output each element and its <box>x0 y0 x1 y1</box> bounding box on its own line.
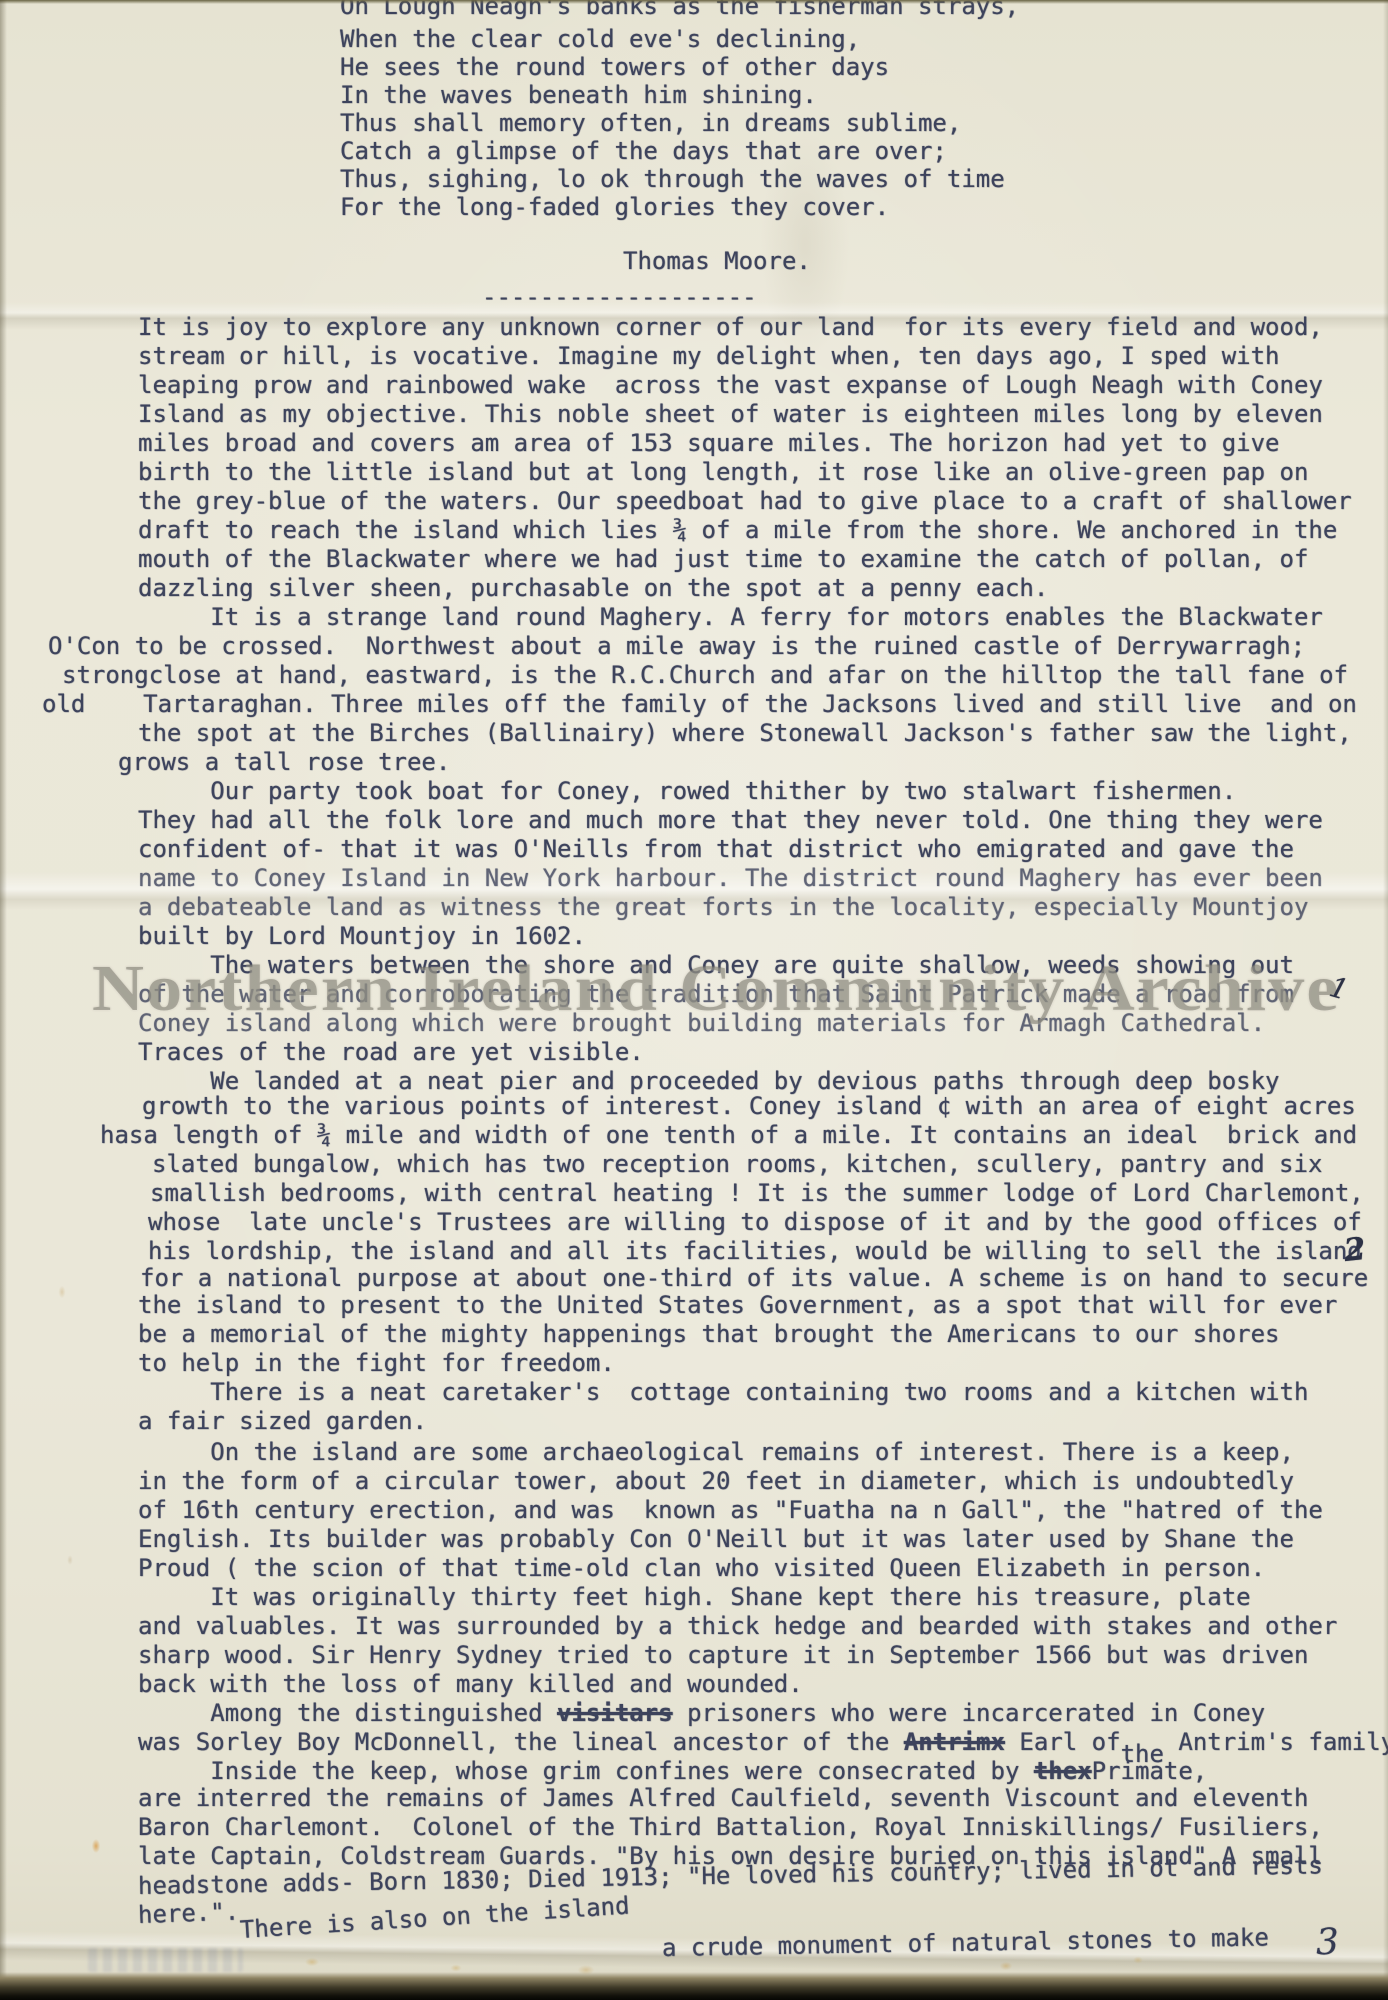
page-number: 3 <box>1315 1922 1339 1964</box>
text-line: built by Lord Mountjoy in 1602. <box>138 922 586 950</box>
struck-out-word: thex <box>1034 1757 1092 1785</box>
text-line: miles broad and covers am area of 153 sq… <box>138 429 1280 457</box>
faint-stamp <box>88 1948 243 1972</box>
text-line: leaping prow and rainbowed wake across t… <box>138 371 1323 399</box>
text-line: in the form of a circular tower, about 2… <box>138 1467 1294 1495</box>
text-line: the grey-blue of the waters. Our speedbo… <box>138 487 1352 515</box>
text-line: It is a strange land round Maghery. A fe… <box>138 603 1323 631</box>
text-line: Inside the keep, whose grim confines wer… <box>138 1757 1207 1785</box>
text-line: here.". <box>138 1897 240 1929</box>
text-line: Baron Charlemont. Colonel of the Third B… <box>138 1813 1323 1841</box>
text-line: a crude monument of natural stones to ma… <box>662 1923 1269 1962</box>
text-line: There is a neat caretaker's cottage cont… <box>138 1378 1308 1406</box>
text-line: Traces of the road are yet visible. <box>138 1038 644 1066</box>
text-line: old Tartaraghan. Three miles off the fam… <box>42 690 1357 718</box>
text-line: For the long-faded glories they cover. <box>340 193 889 221</box>
text-line: smallish bedrooms, with central heating … <box>150 1179 1364 1207</box>
paper-edge-bottom <box>0 1972 1388 2000</box>
text-line: When the clear cold eve's declining, <box>340 25 860 53</box>
text-line: a fair sized garden. <box>138 1407 427 1435</box>
text-line: Island as my objective. This noble sheet… <box>138 400 1323 428</box>
text-line: Our party took boat for Coney, rowed thi… <box>138 777 1236 805</box>
text-line: draft to reach the island which lies ¾ o… <box>138 516 1337 544</box>
text-line: stream or hill, is vocative. Imagine my … <box>138 342 1280 370</box>
text-line: hasa length of ¾ mile and width of one t… <box>100 1121 1357 1149</box>
text-line: It is joy to explore any unknown corner … <box>138 313 1323 341</box>
text-line: dazzling silver sheen, purchasable on th… <box>138 574 1048 602</box>
text-line: Catch a glimpse of the days that are ove… <box>340 137 947 165</box>
text-line: growth to the various points of interest… <box>142 1092 1356 1120</box>
text-line: We landed at a neat pier and proceeded b… <box>138 1067 1280 1095</box>
text-line: English. Its builder was probably Con O'… <box>138 1525 1294 1553</box>
text-line: the island to present to the United Stat… <box>138 1291 1337 1319</box>
struck-out-word: visitars <box>557 1699 673 1727</box>
text-line: the spot at the Birches (Ballinairy) whe… <box>138 719 1352 747</box>
text-line: are interred the remains of James Alfred… <box>138 1784 1308 1812</box>
text-line: whose late uncle's Trustees are willing … <box>148 1208 1362 1236</box>
text-line: O'Con to be crossed. Northwest about a m… <box>48 632 1305 660</box>
text-line: On the island are some archaeological re… <box>138 1438 1294 1466</box>
text-line: a debateable land as witness the great f… <box>138 893 1308 921</box>
text-line: to help in the fight for freedom. <box>138 1349 615 1377</box>
text-line: He sees the round towers of other days <box>340 53 889 81</box>
text-line: In the waves beneath him shining. <box>340 81 817 109</box>
text-line: It was originally thirty feet high. Shan… <box>138 1583 1251 1611</box>
text-line: Thus, sighing, lo ok through the waves o… <box>340 165 1005 193</box>
text-line: Thus shall memory often, in dreams subli… <box>340 109 961 137</box>
text-line: his lordship, the island and all its fac… <box>148 1237 1362 1265</box>
paper-edge-right <box>1383 0 1388 2000</box>
text-line: Proud ( the scion of that time-old clan … <box>138 1554 1265 1582</box>
text-line: for a national purpose at about one-thir… <box>140 1264 1368 1292</box>
text-line: be a memorial of the mighty happenings t… <box>138 1320 1280 1348</box>
text-line: mouth of the Blackwater where we had jus… <box>138 545 1308 573</box>
paper-edge-top <box>0 0 1388 4</box>
text-line: and valuables. It was surrounded by a th… <box>138 1612 1337 1640</box>
text-line: Thomas Moore. <box>623 247 811 275</box>
text-line: name to Coney Island in New York harbour… <box>138 864 1323 892</box>
text-line: birth to the little island but at long l… <box>138 458 1308 486</box>
handwritten-mark-2: 2 <box>1342 1231 1367 1269</box>
text-line: Among the distinguished visitars prisone… <box>138 1699 1265 1727</box>
text-line: back with the loss of many killed and wo… <box>138 1670 803 1698</box>
text-line: was Sorley Boy McDonnell, the lineal anc… <box>138 1728 1388 1756</box>
text-line: slated bungalow, which has two reception… <box>152 1150 1322 1178</box>
text-line: of 16th century erection, and was known … <box>138 1496 1323 1524</box>
text-line: There is also on the island <box>239 1892 630 1944</box>
scanned-document-page: On Lough Neagh's banks as the fisherman … <box>0 0 1388 2000</box>
text-line: confident of- that it was O'Neills from … <box>138 835 1294 863</box>
text-line: strongclose at hand, eastward, is the R.… <box>62 661 1348 689</box>
text-line: They had all the folk lore and much more… <box>138 806 1323 834</box>
text-line: sharp wood. Sir Henry Sydney tried to ca… <box>138 1641 1308 1669</box>
text-line: grows a tall rose tree. <box>118 748 450 776</box>
struck-out-word: Antrimx <box>904 1728 1005 1756</box>
text-line: ------------------- <box>482 283 757 311</box>
paper-edge-left <box>0 0 7 2000</box>
archive-watermark: Northern Ireland Community Archive <box>92 951 1340 1027</box>
